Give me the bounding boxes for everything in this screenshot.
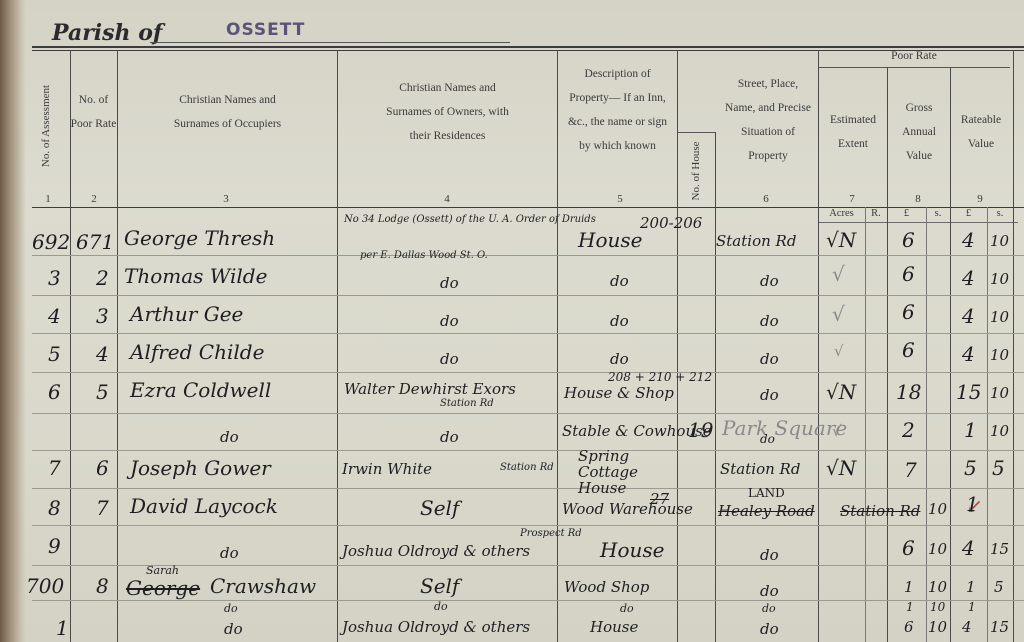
rate-pounds: 15	[956, 380, 981, 404]
occupier-struck: George	[126, 576, 200, 600]
parish-label: Parish of	[52, 20, 162, 46]
property-description: do	[620, 602, 634, 615]
rate-shillings: 5	[992, 456, 1005, 480]
gross-pounds: 1	[906, 600, 914, 614]
colnum-1: 1	[38, 193, 58, 205]
rate-shillings: 10	[990, 308, 1009, 326]
assessment-no: 6	[48, 380, 61, 404]
rate-pounds: 4	[962, 266, 975, 290]
parish-underline	[150, 42, 510, 43]
owner-name: No 34 Lodge (Ossett) of the U. A. Order …	[344, 214, 596, 225]
occupier-name: Thomas Wilde	[124, 264, 267, 288]
header-owners: Christian Names and Surnames of Owners, …	[380, 76, 515, 148]
assessment-no: 1	[56, 616, 69, 640]
assessment-no: 692	[32, 230, 70, 254]
owner-note: Station Rd	[500, 462, 554, 473]
property-description: House	[600, 538, 664, 562]
street-name: do	[762, 602, 776, 615]
header-rateable-value: Rateable Value	[950, 108, 1012, 156]
sub-acres: Acres	[818, 208, 865, 219]
rate-shillings: 5	[994, 578, 1004, 596]
owner-name: Joshua Oldroyd & others	[342, 618, 530, 636]
gross-shillings: 10	[928, 500, 947, 518]
colnum-7: 7	[842, 193, 862, 205]
rate-shillings: 10	[990, 422, 1009, 440]
rate-shillings: 10	[990, 232, 1009, 250]
rate-pounds: 4	[962, 342, 975, 366]
gross-pounds: 6	[902, 300, 915, 324]
gross-pounds: 6	[902, 338, 915, 362]
poor-rate-no: 671	[76, 230, 114, 254]
rate-shillings: 10	[990, 346, 1009, 364]
header-house-no: No. of House	[690, 131, 702, 211]
owner-name: do	[440, 312, 459, 330]
house-number: 19	[688, 418, 713, 442]
rate-shillings: 10	[990, 384, 1009, 402]
sub-roods: R.	[865, 208, 887, 219]
owner-name: Walter Dewhirst Exors	[344, 380, 516, 398]
rate-pounds: 1	[968, 600, 976, 614]
gross-shillings: 10	[928, 578, 947, 596]
street-name: Park Square	[722, 416, 847, 440]
owner-name: Irwin White	[342, 460, 432, 478]
col-divider-4	[557, 50, 558, 642]
rate-shillings: 15	[990, 540, 1009, 558]
colnum-9: 9	[970, 193, 990, 205]
gross-pounds: 6	[902, 228, 915, 252]
street-name: do	[760, 312, 779, 330]
header-street: Street, Place, Name, and Precise Situati…	[722, 72, 814, 168]
row-rule	[32, 488, 1024, 489]
row-rule	[32, 565, 1024, 566]
poor-rate-no: 3	[96, 304, 109, 328]
gross-pounds: 6	[904, 618, 914, 636]
colnum-3: 3	[216, 193, 236, 205]
assessment-no: 700	[26, 574, 64, 598]
sub-gross-pounds: £	[887, 208, 926, 219]
rate-pounds: 1	[966, 578, 976, 596]
gross-pounds: 7	[904, 458, 917, 482]
rate-pounds: 4	[962, 618, 972, 636]
rate-pounds: 1	[966, 492, 979, 516]
assessment-no: 4	[48, 304, 61, 328]
property-description: do	[610, 350, 629, 368]
colnum-8: 8	[908, 193, 928, 205]
col-divider-acres	[865, 207, 866, 642]
occupier-name: do	[224, 620, 243, 638]
row-rule	[32, 295, 1024, 296]
property-description: House & Shop	[564, 384, 674, 402]
owner-note: Station Rd	[440, 398, 494, 409]
owner-name: do	[440, 274, 459, 292]
estimated-extent: √	[834, 342, 844, 360]
poor-rate-no: 2	[96, 266, 109, 290]
owner-note: Prospect Rd	[520, 528, 582, 539]
header-estimated-extent: Estimated Extent	[820, 108, 886, 156]
row-rule	[32, 413, 1024, 414]
col-divider-9	[1013, 50, 1014, 642]
occupier-name: Crawshaw	[210, 574, 316, 598]
street-ditto: do	[760, 432, 775, 446]
sub-gross-shillings: s.	[926, 208, 950, 219]
estimated-extent: √N	[826, 380, 856, 404]
occupier-name: George Thresh	[124, 226, 275, 250]
street-name: do	[760, 386, 779, 404]
row-rule	[32, 333, 1024, 334]
occupier-name: do	[220, 428, 239, 446]
owner-name: do	[440, 428, 459, 446]
header-assessment: No. of Assessment	[40, 78, 52, 174]
rate-shillings: 10	[990, 270, 1009, 288]
poor-rate-no: 5	[96, 380, 109, 404]
poor-rate-no: 6	[96, 456, 109, 480]
gross-shillings: 10	[928, 618, 947, 636]
street-name: do	[760, 546, 779, 564]
rate-pounds: 4	[962, 536, 975, 560]
gross-pounds: 18	[896, 380, 921, 404]
street-name: Station Rd	[716, 232, 796, 250]
occupier-name: do	[220, 544, 239, 562]
row-rule	[32, 525, 1024, 526]
occupier-name: do	[224, 602, 238, 615]
sub-rate-shillings: s.	[987, 208, 1013, 219]
street-name: do	[760, 620, 779, 638]
sub-rate-pounds: £	[950, 208, 987, 219]
owner-name: Self	[420, 574, 459, 598]
extent-struck: Station Rd	[840, 502, 920, 520]
assessment-no: 3	[48, 266, 61, 290]
street-name: do	[760, 582, 779, 600]
col-divider-gross-pounds	[926, 207, 927, 642]
occupier-name: Ezra Coldwell	[130, 378, 271, 402]
col-divider-6	[818, 50, 819, 642]
book-spine-shadow	[0, 0, 26, 642]
assessment-no: 7	[48, 456, 61, 480]
colnum-2: 2	[84, 193, 104, 205]
street-name: Station Rd	[720, 460, 800, 478]
row-rule	[32, 255, 1024, 256]
property-description: Wood Warehouse	[562, 500, 693, 518]
col-divider-5	[677, 50, 678, 642]
property-description: do	[610, 312, 629, 330]
gross-pounds: 1	[904, 578, 914, 596]
house-number-struck: 27	[650, 490, 669, 508]
poor-rate-no: 7	[96, 496, 109, 520]
street-name-struck: Healey Road	[718, 502, 815, 520]
assessment-no: 5	[48, 342, 61, 366]
house-number: 208 + 210 + 212	[608, 370, 712, 384]
header-description: Description of Property— If an Inn, &c.,…	[565, 62, 670, 158]
occupier-name: Joseph Gower	[130, 456, 271, 480]
col-divider-1	[70, 50, 71, 642]
header-occupiers: Christian Names and Surnames of Occupier…	[165, 88, 290, 136]
col-divider-rate-pounds	[987, 207, 988, 642]
header-gross-value: Gross Annual Value	[888, 96, 950, 168]
gross-shillings: 10	[928, 540, 947, 558]
rate-pounds: 4	[962, 304, 975, 328]
occupier-name: David Laycock	[130, 494, 278, 518]
rate-shillings: 15	[990, 618, 1009, 636]
street-correction: LAND	[748, 486, 785, 500]
street-name: do	[760, 350, 779, 368]
col-divider-3	[337, 50, 338, 642]
assessment-no: 8	[48, 496, 61, 520]
property-description: House	[590, 618, 638, 636]
row-rule	[32, 450, 1024, 451]
rate-pounds: 4	[962, 228, 975, 252]
parish-stamp: OSSETT	[226, 20, 305, 40]
property-description: House	[578, 228, 642, 252]
gross-pounds: 2	[902, 418, 915, 442]
street-name: do	[760, 272, 779, 290]
poor-rate-no: 4	[96, 342, 109, 366]
owner-name: do	[434, 600, 448, 613]
estimated-extent: √	[832, 302, 845, 326]
header-poor-rate-no: No. of Poor Rate	[70, 88, 117, 136]
estimated-extent: √N	[826, 456, 856, 480]
subheader-rule	[818, 222, 1018, 223]
owner-name: Joshua Oldroyd & others	[342, 542, 530, 560]
occupier-name: Arthur Gee	[130, 302, 243, 326]
estimated-extent: √N	[826, 228, 856, 252]
occupier-name: Alfred Childe	[130, 340, 264, 364]
owner-note: per E. Dallas Wood St. O.	[360, 250, 488, 261]
property-description: Spring Cottage House	[578, 448, 678, 496]
property-description: do	[610, 272, 629, 290]
rate-pounds: 5	[964, 456, 977, 480]
assessment-no: 9	[48, 534, 61, 558]
house-number: 200-206	[640, 214, 702, 232]
property-description: Wood Shop	[564, 578, 649, 596]
poor-rate-no: 8	[96, 574, 109, 598]
gross-shillings: 10	[930, 600, 945, 614]
rate-pounds: 1	[964, 418, 977, 442]
colnum-5: 5	[610, 193, 630, 205]
estimated-extent: √	[832, 422, 842, 440]
gross-pounds: 6	[902, 262, 915, 286]
colnum-6: 6	[756, 193, 776, 205]
gross-pounds: 6	[902, 536, 915, 560]
estimated-extent: √	[832, 262, 845, 286]
row-rule	[32, 372, 1024, 373]
owner-name: do	[440, 350, 459, 368]
header-poor-rate-group: Poor Rate	[818, 44, 1010, 68]
col-divider-2	[117, 50, 118, 642]
row-rule	[32, 600, 1024, 601]
colnum-4: 4	[437, 193, 457, 205]
owner-name: Self	[420, 496, 459, 520]
